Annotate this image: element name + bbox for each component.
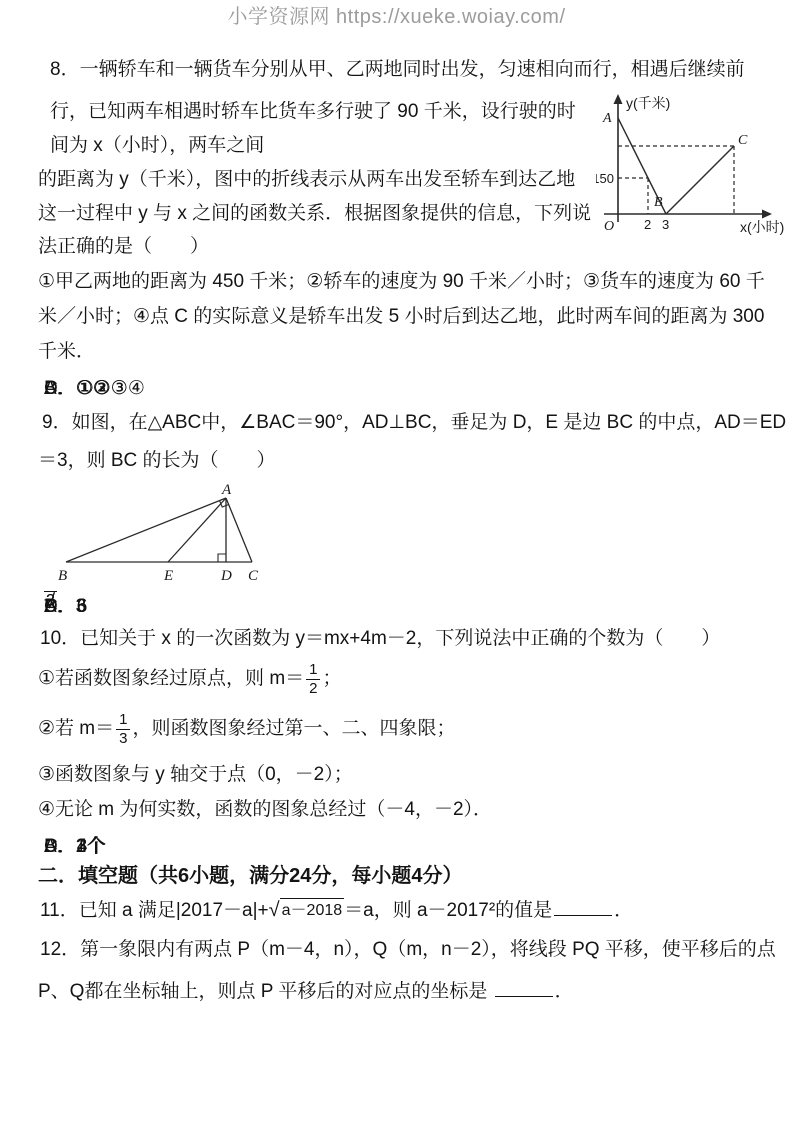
q8-option-d: D．①②③④	[44, 373, 145, 400]
q8-line6: 法正确的是（ ）	[38, 235, 209, 259]
tick-3: 3	[662, 217, 669, 232]
vertex-E-label: E	[163, 568, 173, 584]
q12-line2: P、Q都在坐标轴上，则点 P 平移后的对应点的坐标是 ．	[38, 980, 574, 1004]
q9-line1: 9．如图，在△ABC中，∠BAC＝90°，AD⊥BC，垂足为 D，E 是边 BC…	[42, 411, 786, 435]
tick-150: 150	[596, 171, 614, 186]
q10-statement1: ①若函数图象经过原点，则 m＝12；	[38, 658, 342, 700]
q10-statement3: ③函数图象与 y 轴交于点（0，－2）；	[38, 763, 353, 787]
side-BA	[66, 498, 226, 562]
x-axis-label: x(小时)	[740, 219, 784, 235]
origin-label: O	[604, 219, 614, 234]
exam-page: 8．一辆轿车和一辆货车分别从甲、乙两地同时出发，匀速相向而行，相遇后继续前 行，…	[0, 0, 793, 1122]
point-C-label: C	[738, 133, 748, 148]
side-AC	[226, 498, 252, 562]
q8-line3: 间为 x（小时），两车之间	[50, 134, 264, 158]
q11-text-pre: 11．已知 a 满足|2017－a|+	[40, 900, 269, 921]
vertex-C-label: C	[248, 568, 259, 584]
tick-2: 2	[644, 217, 651, 232]
y-axis-label: y(千米)	[626, 95, 670, 111]
q11-text-end: ．	[614, 900, 633, 921]
section2-header: 二．填空题（共6小题，满分24分，每小题4分）	[38, 864, 463, 888]
q11-text-post: ＝a，则 a－2017²的值是	[344, 900, 552, 921]
q8-statement1: ①甲乙两地的距离为 450 千米；②轿车的速度为 90 千米／小时；③货车的速度…	[38, 270, 765, 294]
q10-statement1-text: ①若函数图象经过原点，则 m＝	[38, 667, 304, 691]
point-B-label: B	[654, 195, 663, 210]
q9-line2: ＝3，则 BC 的长为（ ）	[38, 449, 276, 473]
q8-line5: 这一过程中 y 与 x 之间的函数关系．根据图象提供的信息，下列说	[38, 202, 591, 226]
q12-answer-blank	[495, 980, 553, 997]
q10-option-d: D．4个	[44, 831, 106, 858]
q10-statement4: ④无论 m 为何实数，函数的图象总经过（－4，－2）．	[38, 798, 492, 822]
vertex-A-label: A	[221, 484, 232, 498]
q12-line1: 12．第一象限内有两点 P（m－4，n），Q（m，n－2），将线段 PQ 平移，…	[40, 938, 776, 962]
y-axis-arrow-icon	[614, 94, 623, 104]
fraction: 12	[306, 661, 320, 697]
fraction: 13	[116, 711, 130, 747]
q8-distance-time-graph: y(千米) x(小时) O 150 2 3 A B C	[596, 90, 793, 240]
segment-EA	[168, 498, 226, 562]
point-A-label: A	[602, 111, 612, 126]
q10-line1: 10．已知关于 x 的一次函数为 y＝mx+4m－2，下列说法中正确的个数为（ …	[40, 627, 720, 651]
q11-answer-blank	[554, 899, 612, 916]
q11-line: 11．已知 a 满足|2017－a|+√a－2018＝a，则 a－2017²的值…	[40, 898, 633, 923]
footer-watermark: 小学资源网 https://xueke.woiay.com/	[0, 0, 793, 29]
q8-statement3: 千米．	[38, 340, 95, 364]
q9-triangle-figure: A B E D C	[52, 484, 264, 584]
q12-text-pre: P、Q都在坐标轴上，则点 P 平移后的对应点的坐标是	[38, 981, 493, 1002]
q10-statement2: ②若 m＝13，则函数图象经过第一、二、四象限；	[38, 708, 456, 750]
q8-line1: 8．一辆轿车和一辆货车分别从甲、乙两地同时出发，匀速相向而行，相遇后继续前	[50, 58, 745, 82]
q9-options: A．3√2 B．3 C．6 D．6√2	[44, 591, 784, 617]
q11-radicand: a－2018	[280, 898, 345, 923]
q8-line4: 的距离为 y（千米），图中的折线表示从两车出发至轿车到达乙地	[38, 168, 575, 192]
q8-line2: 行，已知两车相遇时轿车比货车多行驶了 90 千米，设行驶的时	[50, 100, 576, 124]
q10-options: A．1个 B．2个 C．3个 D．4个	[44, 831, 784, 857]
q12-text-end: ．	[555, 981, 574, 1002]
x-axis-arrow-icon	[762, 210, 772, 219]
q8-options: A．①② B．①③ C．①②③ D．①②③④	[44, 373, 784, 399]
vertex-D-label: D	[220, 568, 232, 584]
vertex-B-label: B	[58, 568, 67, 584]
sqrt-icon: √	[269, 899, 280, 921]
q8-statement2: 米／小时；④点 C 的实际意义是轿车出发 5 小时后到达乙地，此时两车间的距离为…	[38, 305, 764, 329]
segment-B-C	[666, 146, 734, 214]
q10-statement2-text: ②若 m＝	[38, 717, 114, 741]
right-angle-mark-D	[218, 554, 226, 562]
